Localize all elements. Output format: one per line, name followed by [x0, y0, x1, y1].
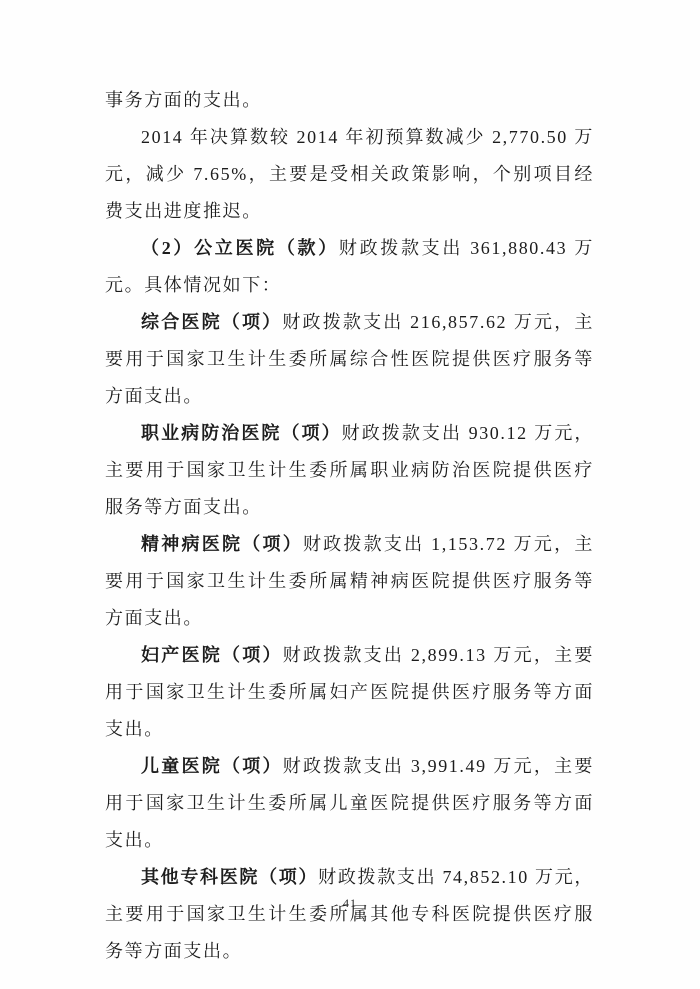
paragraph-children-hospital: 儿童医院（项）财政拨款支出 3,991.49 万元，主要用于国家卫生计生委所属儿… — [105, 748, 594, 859]
paragraph-lead: 妇产医院（项） — [141, 645, 283, 665]
paragraph-maternity-hospital: 妇产医院（项）财政拨款支出 2,899.13 万元，主要用于国家卫生计生委所属妇… — [105, 637, 594, 748]
paragraph-lead: （2）公立医院（款） — [141, 238, 339, 258]
paragraph-lead: 职业病防治医院（项） — [141, 423, 342, 443]
paragraph-occupational-disease-hospital: 职业病防治医院（项）财政拨款支出 930.12 万元，主要用于国家卫生计生委所属… — [105, 415, 594, 526]
paragraph-lead: 儿童医院（项） — [141, 756, 283, 776]
page-number: 41 — [0, 896, 700, 911]
paragraph-lead: 其他专科医院（项） — [141, 867, 318, 887]
paragraph-budget-comparison: 2014 年决算数较 2014 年初预算数减少 2,770.50 万元，减少 7… — [105, 119, 594, 230]
paragraph-text: 事务方面的支出。 — [105, 90, 262, 110]
paragraph-text: 2014 年决算数较 2014 年初预算数减少 2,770.50 万元，减少 7… — [105, 127, 594, 221]
paragraph-psychiatric-hospital: 精神病医院（项）财政拨款支出 1,153.72 万元，主要用于国家卫生计生委所属… — [105, 526, 594, 637]
document-page: 事务方面的支出。 2014 年决算数较 2014 年初预算数减少 2,770.5… — [0, 0, 700, 989]
paragraph-carryover: 事务方面的支出。 — [105, 82, 594, 119]
paragraph-lead: 综合医院（项） — [141, 312, 282, 332]
paragraph-public-hospital-total: （2）公立医院（款）财政拨款支出 361,880.43 万元。具体情况如下： — [105, 230, 594, 304]
paragraph-lead: 精神病医院（项） — [141, 534, 303, 554]
paragraph-general-hospital: 综合医院（项）财政拨款支出 216,857.62 万元，主要用于国家卫生计生委所… — [105, 304, 594, 415]
paragraph-other-specialized-hospital: 其他专科医院（项）财政拨款支出 74,852.10 万元，主要用于国家卫生计生委… — [105, 859, 594, 970]
